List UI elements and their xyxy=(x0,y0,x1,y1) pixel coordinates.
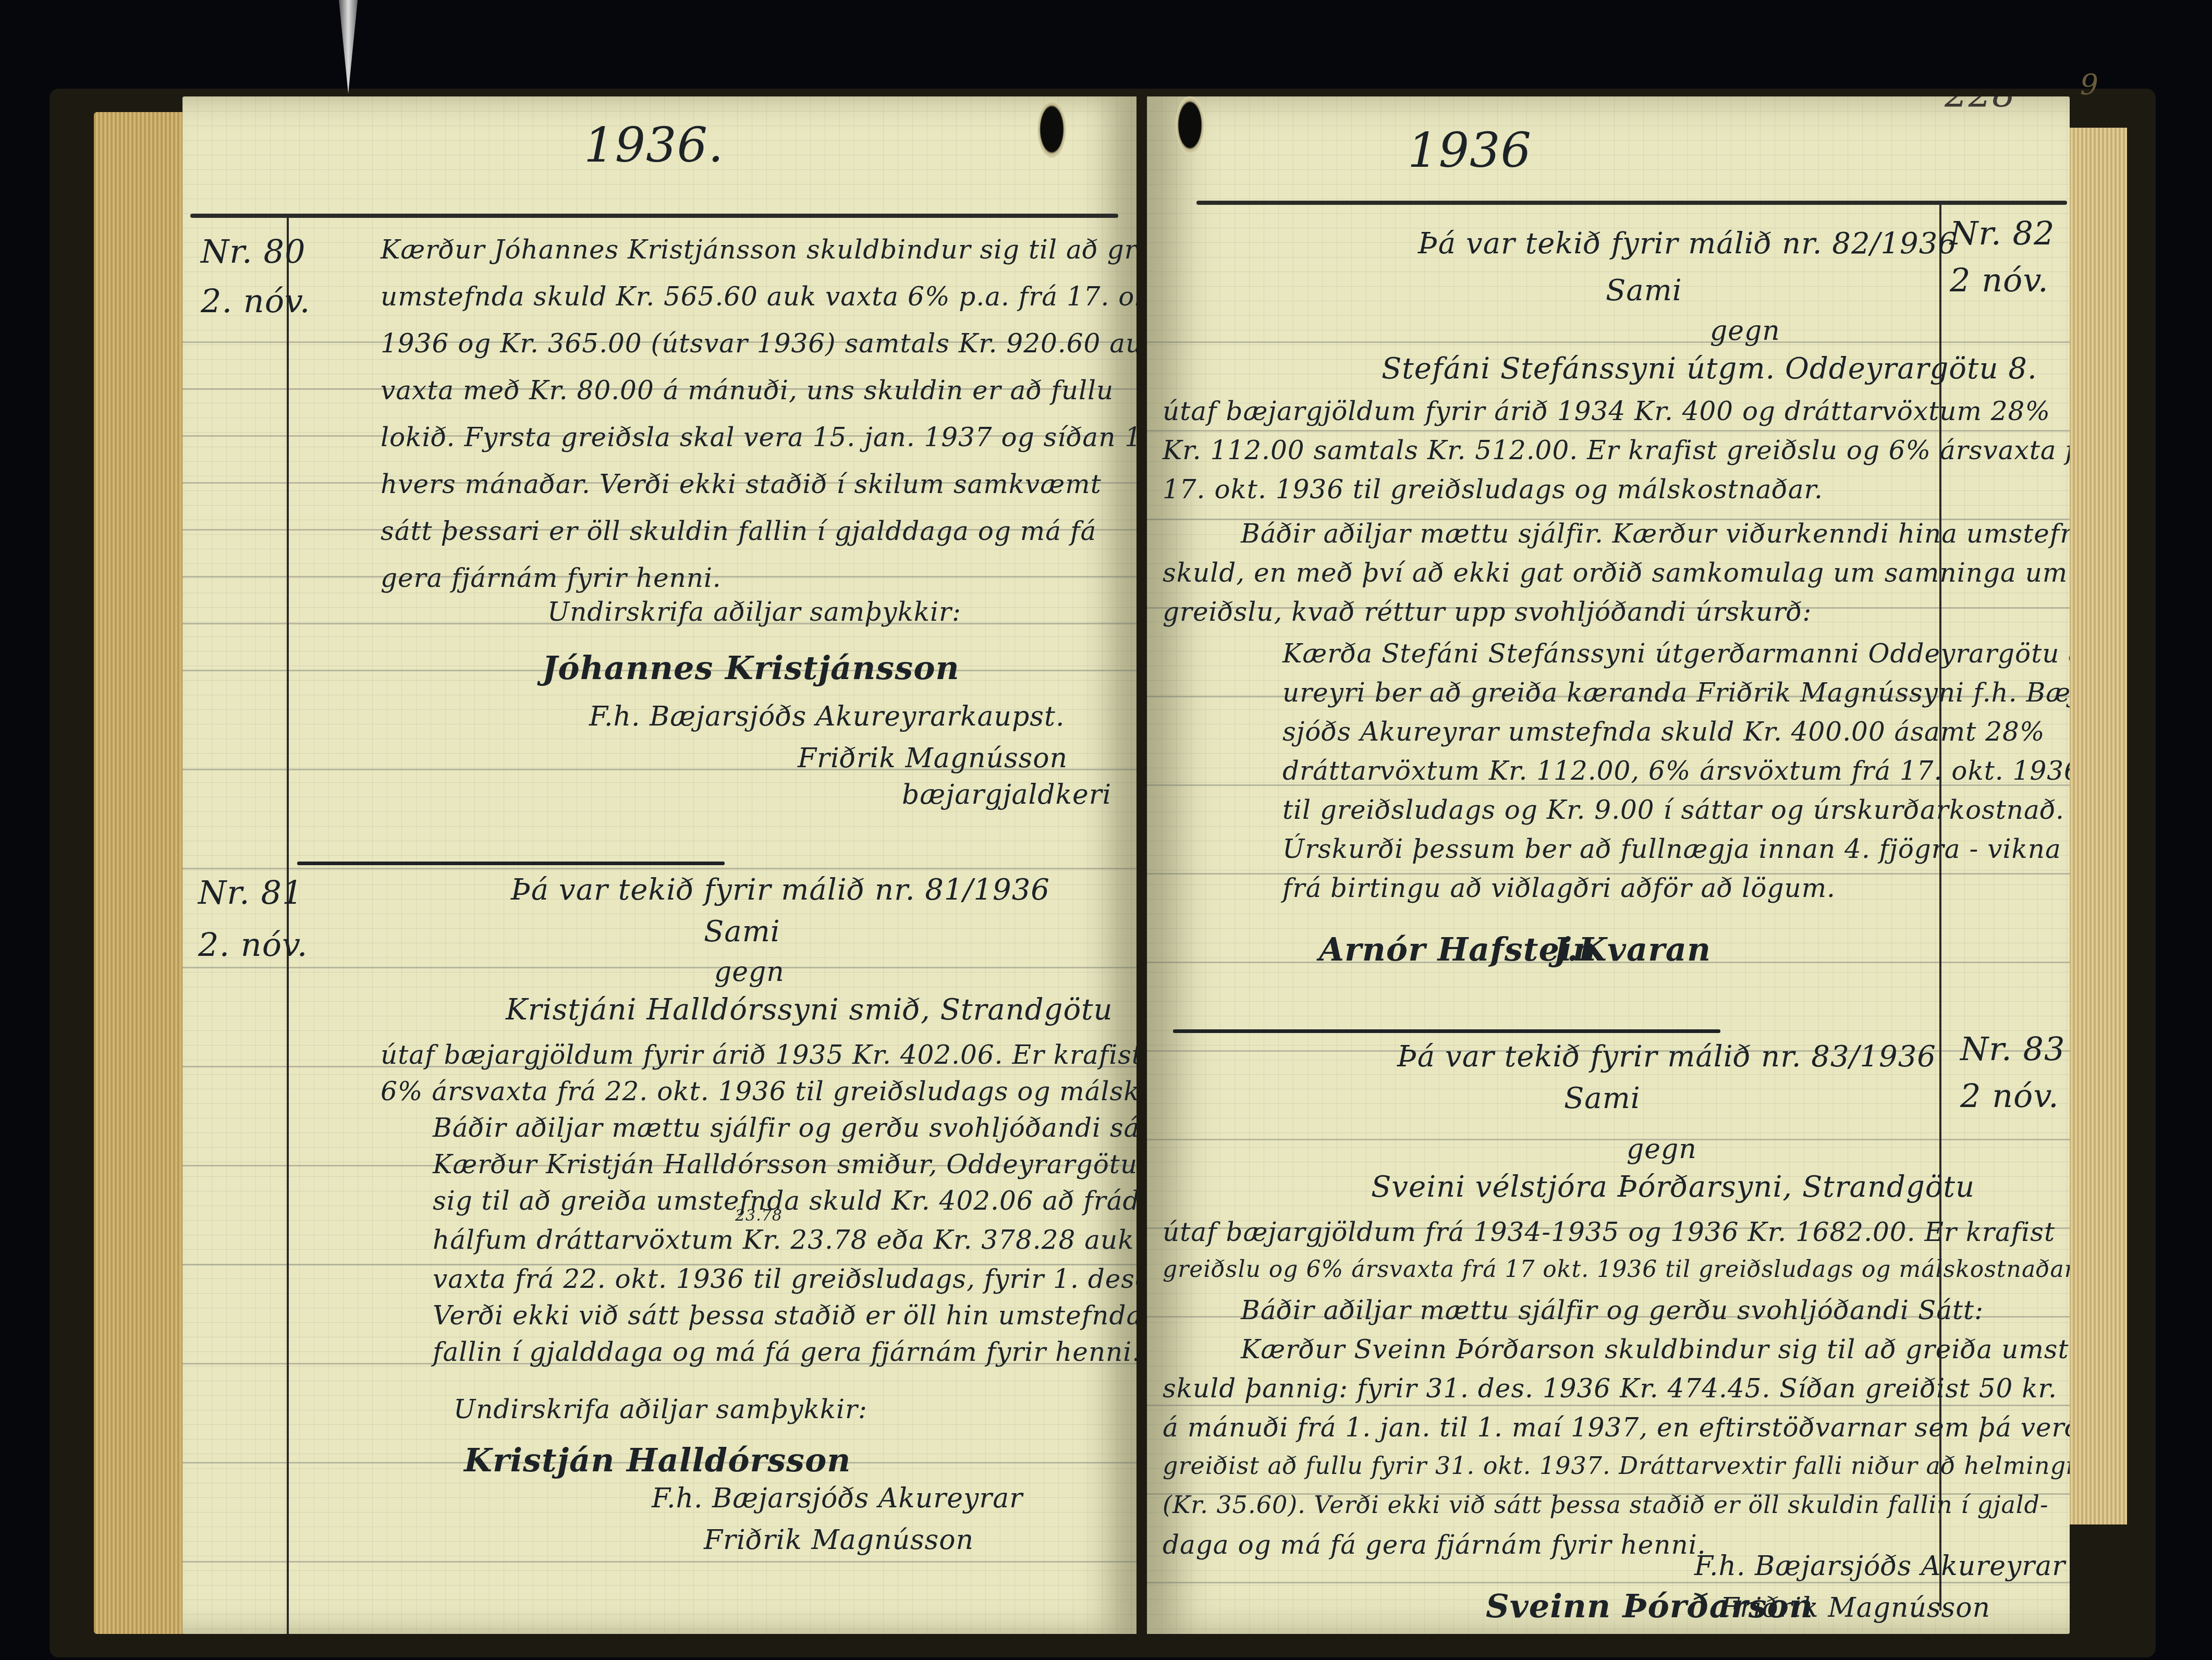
entry-line: gera fjárnám fyrir henni. xyxy=(381,563,722,593)
entry-line: Báðir aðiljar mættu sjálfir og gerðu svo… xyxy=(1241,1295,1984,1325)
signature: bæjargjaldkeri xyxy=(902,779,1111,810)
entry-line: sátt þessari er öll skuldin fallin í gja… xyxy=(381,516,1096,546)
entry-number: Nr. 82 xyxy=(1950,208,2055,258)
bookmark-pin xyxy=(339,0,358,94)
entry-line: dráttarvöxtum Kr. 112.00, 6% ársvöxtum f… xyxy=(1282,756,2070,786)
entry-line: Kærður Kristján Halldórsson smiður, Odde… xyxy=(433,1149,1136,1179)
entry-line: Kr. 112.00 samtals Kr. 512.00. Er krafis… xyxy=(1163,435,2070,465)
entry-line: greiðslu og 6% ársvaxta frá 17 okt. 1936… xyxy=(1163,1256,2070,1283)
plaintiff: Sami xyxy=(1564,1081,1641,1115)
entry-line: lokið. Fyrsta greiðsla skal vera 15. jan… xyxy=(381,422,1136,452)
signature: Friðrik Magnússon xyxy=(704,1524,974,1556)
entry-line: Undirskrifa aðiljar samþykkir: xyxy=(454,1394,867,1424)
entry-line: vaxta frá 22. okt. 1936 til greiðsludags… xyxy=(433,1264,1136,1294)
entry-line: sjóðs Akureyrar umstefnda skuld Kr. 400.… xyxy=(1282,717,2045,747)
entry-line: á mánuði frá 1. jan. til 1. maí 1937, en… xyxy=(1163,1412,2070,1443)
entry-line: útaf bæjargjöldum fyrir árið 1934 Kr. 40… xyxy=(1163,396,2050,426)
entry-number: Nr. 83 xyxy=(1960,1024,2065,1074)
entry-line: fallin í gjalddaga og má fá gera fjárnám… xyxy=(433,1337,1136,1367)
entry-line: 6% ársvaxta frá 22. okt. 1936 til greiðs… xyxy=(381,1076,1136,1106)
entry-separator xyxy=(297,862,725,865)
entry-heading: Þá var tekið fyrir málið nr. 83/1936 xyxy=(1397,1040,1936,1074)
entry-line: sig til að greiða umstefnda skuld Kr. 40… xyxy=(433,1186,1136,1216)
entry-line: (Kr. 35.60). Verði ekki við sátt þessa s… xyxy=(1163,1491,2049,1519)
against: gegn xyxy=(1627,1134,1697,1165)
signature: F.h. Bæjarsjóðs Akureyrar xyxy=(652,1483,1023,1514)
entry-line: til greiðsludags og Kr. 9.00 í sáttar og… xyxy=(1282,795,2064,825)
entry-line: Báðir aðiljar mættu sjálfir og gerðu svo… xyxy=(433,1113,1136,1143)
page-edges-right xyxy=(2064,128,2127,1524)
entry-line: vaxta með Kr. 80.00 á mánuði, uns skuldi… xyxy=(381,375,1114,405)
entry-line: umstefnda skuld Kr. 565.60 auk vaxta 6% … xyxy=(381,281,1136,312)
entry-date: 2 nóv. xyxy=(1950,255,2049,305)
left-page: 1936. Nr. 80 2. nóv. Kærður Jóhannes Kri… xyxy=(182,96,1136,1634)
defendant: Sveini vélstjóra Þórðarsyni, Strandgötu xyxy=(1371,1170,1975,1204)
page-edges-left xyxy=(94,112,188,1634)
header-rule xyxy=(1196,201,2067,205)
entry-line: hvers mánaðar. Verði ekki staðið í skilu… xyxy=(381,469,1102,499)
header-rule xyxy=(190,214,1118,218)
signature: F.h. Bæjarsjóðs Akureyrarkaupst. xyxy=(589,701,1065,732)
entry-line: greiðist að fullu fyrir 31. okt. 1937. D… xyxy=(1163,1452,2070,1480)
entry-line: greiðslu, kvað réttur upp svohljóðandi ú… xyxy=(1163,597,1812,627)
entry-line: skuld, en með því að ekki gat orðið samk… xyxy=(1163,558,2068,588)
signature: Kristján Halldórsson xyxy=(464,1441,851,1479)
entry-line: útaf bæjargjöldum frá 1934-1935 og 1936 … xyxy=(1163,1217,2055,1247)
defendant: Kristjáni Halldórssyni smið, Strandgötu xyxy=(506,993,1113,1027)
entry-line: 17. okt. 1936 til greiðsludags og málsko… xyxy=(1163,474,1823,505)
entry-line: 1936 og Kr. 365.00 (útsvar 1936) samtals… xyxy=(381,328,1136,359)
left-year: 1936. xyxy=(584,117,724,173)
right-year: 1936 xyxy=(1408,122,1532,178)
correction-note: 23.78 xyxy=(735,1207,783,1225)
entry-separator xyxy=(1173,1029,1720,1033)
signature: Jóhannes Kristjánsson xyxy=(542,649,960,687)
against: gegn xyxy=(1710,315,1780,347)
entry-date: 2. nóv. xyxy=(201,276,311,326)
punch-hole xyxy=(1176,96,1204,154)
entry-date: 2. nóv. xyxy=(198,920,308,969)
entry-line: Kærður Sveinn Þórðarson skuldbindur sig … xyxy=(1241,1334,2070,1364)
entry-date: 2 nóv. xyxy=(1960,1071,2059,1121)
entry-heading: Þá var tekið fyrir málið nr. 81/1936 xyxy=(511,873,1050,907)
entry-line: Verði ekki við sátt þessa staðið er öll … xyxy=(433,1300,1136,1331)
entry-line: daga og má fá gera fjárnám fyrir henni. xyxy=(1163,1530,1706,1560)
entry-line: ureyri ber að greiða kæranda Friðrik Mag… xyxy=(1282,678,2070,708)
defendant: Stefáni Stefánssyni útgm. Oddeyrargötu 8… xyxy=(1382,352,2037,386)
entry-line: Úrskurði þessum ber að fullnægja innan 4… xyxy=(1282,834,2061,864)
signature: J.Kvaran xyxy=(1554,930,1711,968)
signature: Friðrik Magnússon xyxy=(798,743,1068,774)
next-page-number: 9 xyxy=(2080,68,2099,101)
entry-line: Báðir aðiljar mættu sjálfir. Kærður viðu… xyxy=(1241,519,2070,549)
entry-number: Nr. 81 xyxy=(198,868,303,917)
entry-heading: Þá var tekið fyrir málið nr. 82/1936 xyxy=(1418,227,1957,261)
entry-line: skuld þannig: fyrir 31. des. 1936 Kr. 47… xyxy=(1163,1373,2057,1404)
signature: F.h. Bæjarsjóðs Akureyrar xyxy=(1694,1551,2066,1582)
entry-line: Kærður Jóhannes Kristjánsson skuldbindur… xyxy=(381,235,1136,265)
punch-hole xyxy=(1037,101,1066,158)
page-number: 228 xyxy=(1945,96,2016,116)
right-page: 1936 228 Nr. 82 2 nóv. Þá var tekið fyri… xyxy=(1147,96,2070,1634)
entry-number: Nr. 80 xyxy=(201,227,305,276)
signature: Friðrik Magnússon xyxy=(1720,1592,1990,1624)
entry-line: frá birtingu að viðlagðri aðför að lögum… xyxy=(1282,873,1836,903)
plaintiff: Sami xyxy=(1606,274,1682,308)
entry-line: Undirskrifa aðiljar samþykkir: xyxy=(547,597,961,627)
plaintiff: Sami xyxy=(704,915,780,949)
entry-line: hálfum dráttarvöxtum Kr. 23.78 eða Kr. 3… xyxy=(433,1225,1136,1255)
entry-line: útaf bæjargjöldum fyrir árið 1935 Kr. 40… xyxy=(381,1040,1136,1070)
against: gegn xyxy=(714,956,785,988)
entry-line: Kærða Stefáni Stefánssyni útgerðarmanni … xyxy=(1282,638,2070,669)
